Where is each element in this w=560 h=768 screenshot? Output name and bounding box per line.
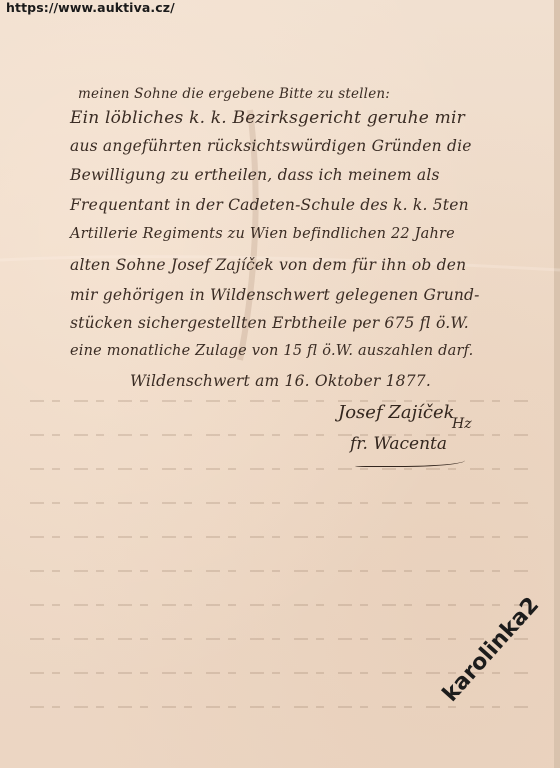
bleed-line (30, 502, 530, 504)
letter-line: Ein löbliches k. k. Bezirksgericht geruh… (70, 108, 465, 128)
bleed-line (30, 638, 530, 640)
letter-line: Bewilligung zu ertheilen, dass ich meine… (70, 166, 440, 184)
letter-line: eine monatliche Zulage von 15 fl ö.W. au… (70, 343, 473, 359)
bleed-line (30, 706, 530, 708)
letter-line: alten Sohne Josef Zajíček von dem für ih… (70, 256, 466, 274)
letter-line: aus angeführten rücksichtswürdigen Gründ… (70, 137, 472, 155)
bleed-line (30, 400, 530, 402)
signature-josef-zajicek: Josef Zajíček (338, 402, 455, 423)
letter-line: mir gehörigen in Wildenschwert gelegenen… (70, 286, 480, 304)
bleed-line (30, 434, 530, 436)
signature-wacenta: fr. Wacenta (350, 434, 447, 454)
bleed-line (30, 570, 530, 572)
letter-line: Frequentant in der Cadeten-Schule des k.… (70, 196, 469, 214)
letter-line: stücken sichergestellten Erbtheile per 6… (70, 314, 469, 332)
signature-mark: Hz (452, 416, 472, 432)
letter-line: meinen Sohne die ergebene Bitte zu stell… (78, 86, 390, 102)
paper-edge (554, 0, 560, 768)
bleed-line (30, 468, 530, 470)
letter-line: Artillerie Regiments zu Wien befindliche… (70, 226, 455, 242)
source-url-caption: https://www.auktiva.cz/ (6, 0, 175, 15)
bleed-line (30, 604, 530, 606)
letter-date-line: Wildenschwert am 16. Oktober 1877. (130, 372, 431, 390)
bleed-line (30, 536, 530, 538)
